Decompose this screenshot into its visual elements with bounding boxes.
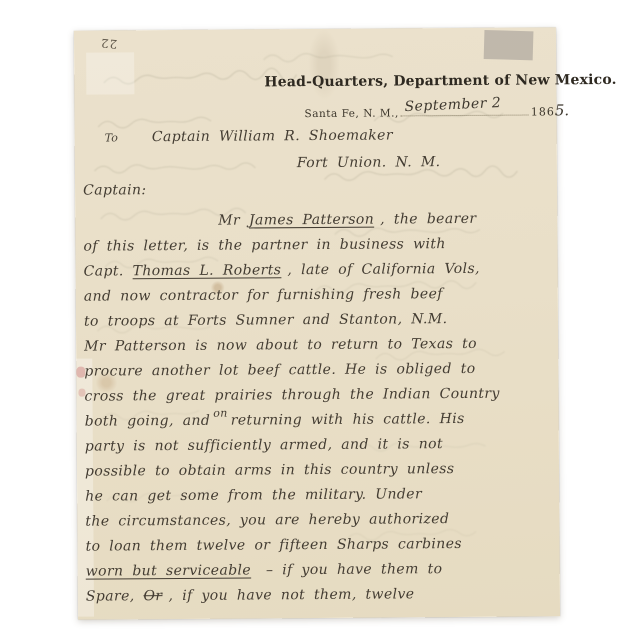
letter-body-line: to loan them twelve or fifteen Sharps ca… (85, 531, 555, 559)
body-text-segment: to loan them twelve or fifteen Sharps ca… (85, 536, 462, 555)
letterhead-dateline: Santa Fe, N. M.,September 21865. (304, 101, 554, 121)
recipient-name: Captain William R. Shoemaker (152, 127, 393, 145)
letter-body-line: the circumstances, you are hereby author… (85, 506, 555, 534)
corner-pencil-note: 22 (99, 36, 118, 52)
underlined-segment: Thomas L. Roberts (133, 262, 282, 279)
tape-residue-patch (86, 52, 134, 94)
body-text-segment: and now contractor for furnishing fresh … (84, 286, 443, 305)
body-text-segment: Mr (218, 212, 249, 228)
letter-body-line: Spare, Or, if you have not them, twelve (86, 581, 556, 609)
body-text-segment: possible to obtain arms in this country … (85, 461, 455, 480)
letter-body-line: Capt. Thomas L. Roberts, late of Califor… (84, 256, 554, 284)
body-text-segment: , late of California Vols, (287, 261, 480, 278)
address-row: ToCaptain William R. Shoemaker (105, 126, 393, 146)
photo-canvas: { "colors": { "paper": "#e9dfc8", "ink":… (0, 0, 635, 635)
body-text-segment: cross the great prairies through the Ind… (84, 386, 499, 405)
body-text-segment: to troops at Forts Sumner and Stanton, N… (84, 311, 448, 330)
struck-out-segment: Or (143, 588, 162, 604)
letter-body-line: Mr Patterson is now about to return to T… (84, 331, 554, 359)
letter-body-line: to troops at Forts Sumner and Stanton, N… (84, 306, 554, 334)
body-text-segment: he can get some from the military. Under (85, 486, 422, 504)
letter-body-line: cross the great prairies through the Ind… (84, 381, 554, 409)
letter-body-line: both going, andonreturning with his catt… (85, 406, 555, 434)
letter-body-line: possible to obtain arms in this country … (85, 456, 555, 484)
underlined-segment: James Patterson (249, 212, 374, 229)
salutation: Captain: (83, 182, 147, 198)
body-text-segment: returning with his cattle. His (231, 411, 465, 429)
body-text-segment: party is not sufficiently armed, and it … (85, 436, 443, 454)
body-text-segment: of this letter, is the partner in busine… (83, 236, 445, 255)
body-text-segment: the circumstances, you are hereby author… (85, 511, 449, 530)
letter-body-line: procure another lot beef cattle. He is o… (84, 356, 554, 384)
tape-remnant (484, 30, 534, 60)
to-label: To (105, 131, 118, 144)
letterhead-title: Head-Quarters, Department of New Mexico. (264, 73, 524, 91)
letter-body-line: of this letter, is the partner in busine… (83, 231, 553, 259)
body-text-segment: – if you have them to (257, 561, 442, 578)
body-text-segment: Mr Patterson is now about to return to T… (84, 336, 477, 355)
dateline-place: Santa Fe, N. M., (304, 107, 398, 120)
handwritten-date: September 2 (404, 95, 501, 115)
dateline-blank-rule: September 2 (401, 105, 529, 117)
handwritten-year-digit: 5. (555, 101, 569, 119)
body-text-segment: procure another lot beef cattle. He is o… (84, 361, 475, 380)
letter-body-line: party is not sufficiently armed, and it … (85, 431, 555, 459)
body-text-segment: both going, and (85, 413, 211, 430)
body-text-segment: , the bearer (380, 211, 476, 228)
body-text-segment: Spare, (86, 588, 144, 604)
body-text-segment: , if you have not them, twelve (168, 586, 414, 604)
recipient-location: Fort Union. N. M. (297, 154, 441, 171)
body-text-segment: Capt. (84, 263, 133, 279)
letter-body-line: he can get some from the military. Under (85, 481, 555, 509)
letter-body-line: worn but serviceable – if you have them … (86, 556, 556, 584)
underlined-segment: worn but serviceable (86, 562, 251, 579)
inserted-above-line-segment: on (213, 407, 228, 420)
letter-page: 22 Head-Quarters, Department of New Mexi… (74, 27, 560, 619)
letter-body: Mr James Patterson, the bearer of this l… (83, 206, 556, 609)
letter-body-line: Mr James Patterson, the bearer (83, 206, 553, 234)
printed-year-prefix: 186 (531, 105, 555, 118)
letter-body-line: and now contractor for furnishing fresh … (84, 281, 554, 309)
